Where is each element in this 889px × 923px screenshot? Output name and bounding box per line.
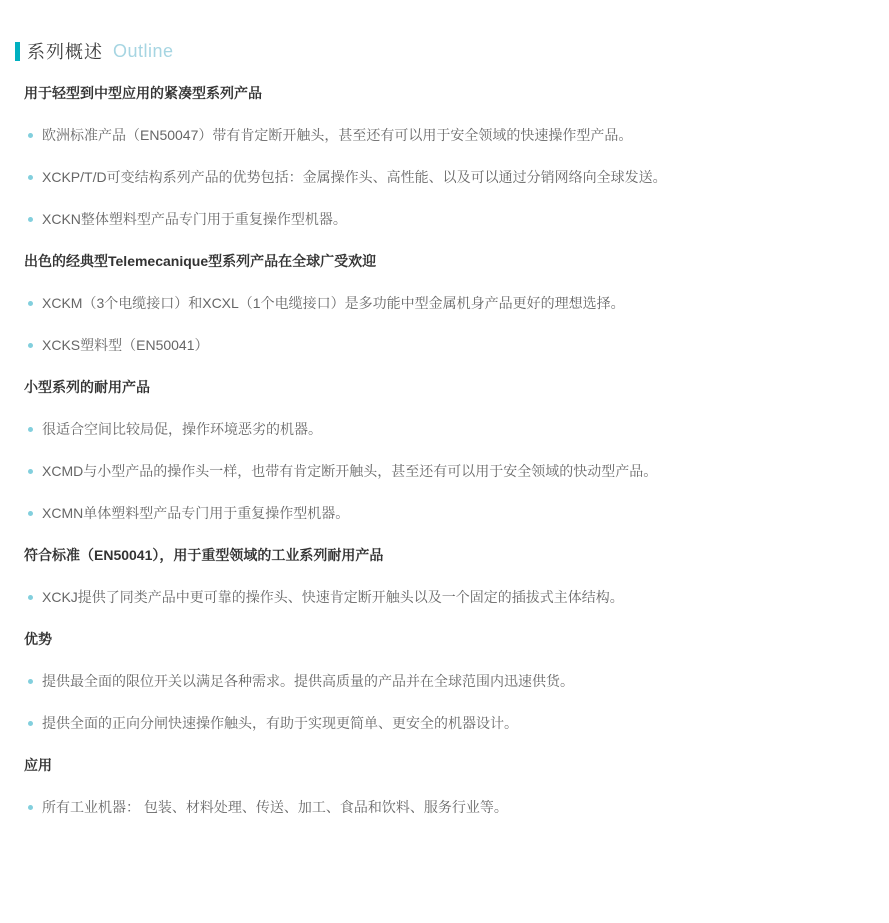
- bullet-dot-icon: [28, 133, 33, 138]
- bullet-text: XCKN整体塑料型产品专门用于重复操作型机器。: [42, 210, 347, 228]
- section-compact-range: 用于轻型到中型应用的紧凑型系列产品 欧洲标准产品（EN50047）带有肯定断开触…: [24, 84, 865, 228]
- bullet-dot-icon: [28, 805, 33, 810]
- list-item: 欧洲标准产品（EN50047）带有肯定断开触头，甚至还有可以用于安全领域的快速操…: [24, 126, 865, 144]
- bullet-dot-icon: [28, 301, 33, 306]
- bullet-dot-icon: [28, 343, 33, 348]
- section-miniature-range: 小型系列的耐用产品 很适合空间比较局促，操作环境恶劣的机器。 XCMD与小型产品…: [24, 378, 865, 522]
- page-title-en: Outline: [113, 41, 174, 62]
- outline-page: 系列概述 Outline 用于轻型到中型应用的紧凑型系列产品 欧洲标准产品（EN…: [0, 0, 889, 816]
- bullet-dot-icon: [28, 217, 33, 222]
- list-item: 提供最全面的限位开关以满足各种需求。提供高质量的产品并在全球范围内迅速供货。: [24, 672, 865, 690]
- header-accent-bar-icon: [15, 42, 20, 61]
- section-heading: 用于轻型到中型应用的紧凑型系列产品: [24, 84, 865, 102]
- section-advantages: 优势 提供最全面的限位开关以满足各种需求。提供高质量的产品并在全球范围内迅速供货…: [24, 630, 865, 732]
- bullet-text: 提供全面的正向分闸快速操作触头，有助于实现更简单、更安全的机器设计。: [42, 714, 518, 732]
- bullet-list: 所有工业机器： 包装、材料处理、传送、加工、食品和饮料、服务行业等。: [24, 798, 865, 816]
- section-heading: 出色的经典型Telemecanique型系列产品在全球广受欢迎: [24, 252, 865, 270]
- bullet-dot-icon: [28, 595, 33, 600]
- bullet-text: XCKJ提供了同类产品中更可靠的操作头、快速肯定断开触头以及一个固定的插拔式主体…: [42, 588, 624, 606]
- bullet-text: XCMN单体塑料型产品专门用于重复操作型机器。: [42, 504, 349, 522]
- page-header: 系列概述 Outline: [24, 41, 865, 61]
- list-item: XCKP/T/D可变结构系列产品的优势包括：金属操作头、高性能、以及可以通过分销…: [24, 168, 865, 186]
- bullet-list: XCKJ提供了同类产品中更可靠的操作头、快速肯定断开触头以及一个固定的插拔式主体…: [24, 588, 865, 606]
- list-item: XCKJ提供了同类产品中更可靠的操作头、快速肯定断开触头以及一个固定的插拔式主体…: [24, 588, 865, 606]
- list-item: XCKN整体塑料型产品专门用于重复操作型机器。: [24, 210, 865, 228]
- bullet-text: XCMD与小型产品的操作头一样，也带有肯定断开触头，甚至还有可以用于安全领域的快…: [42, 462, 657, 480]
- section-heavy-duty-range: 符合标准（EN50041），用于重型领域的工业系列耐用产品 XCKJ提供了同类产…: [24, 546, 865, 606]
- bullet-text: 所有工业机器： 包装、材料处理、传送、加工、食品和饮料、服务行业等。: [42, 798, 508, 816]
- bullet-dot-icon: [28, 511, 33, 516]
- list-item: 所有工业机器： 包装、材料处理、传送、加工、食品和饮料、服务行业等。: [24, 798, 865, 816]
- list-item: XCKM（3个电缆接口）和XCXL（1个电缆接口）是多功能中型金属机身产品更好的…: [24, 294, 865, 312]
- bullet-dot-icon: [28, 175, 33, 180]
- list-item: XCMD与小型产品的操作头一样，也带有肯定断开触头，甚至还有可以用于安全领域的快…: [24, 462, 865, 480]
- bullet-list: 很适合空间比较局促，操作环境恶劣的机器。 XCMD与小型产品的操作头一样，也带有…: [24, 420, 865, 522]
- list-item: 很适合空间比较局促，操作环境恶劣的机器。: [24, 420, 865, 438]
- bullet-dot-icon: [28, 469, 33, 474]
- outline-content: 用于轻型到中型应用的紧凑型系列产品 欧洲标准产品（EN50047）带有肯定断开触…: [24, 84, 865, 816]
- list-item: 提供全面的正向分闸快速操作触头，有助于实现更简单、更安全的机器设计。: [24, 714, 865, 732]
- bullet-dot-icon: [28, 427, 33, 432]
- section-heading: 小型系列的耐用产品: [24, 378, 865, 396]
- list-item: XCKS塑料型（EN50041）: [24, 336, 865, 354]
- bullet-dot-icon: [28, 679, 33, 684]
- bullet-list: XCKM（3个电缆接口）和XCXL（1个电缆接口）是多功能中型金属机身产品更好的…: [24, 294, 865, 354]
- bullet-text: XCKS塑料型（EN50041）: [42, 336, 209, 354]
- bullet-text: 欧洲标准产品（EN50047）带有肯定断开触头，甚至还有可以用于安全领域的快速操…: [42, 126, 632, 144]
- bullet-text: XCKM（3个电缆接口）和XCXL（1个电缆接口）是多功能中型金属机身产品更好的…: [42, 294, 625, 312]
- section-classic-range: 出色的经典型Telemecanique型系列产品在全球广受欢迎 XCKM（3个电…: [24, 252, 865, 354]
- list-item: XCMN单体塑料型产品专门用于重复操作型机器。: [24, 504, 865, 522]
- section-heading: 应用: [24, 756, 865, 774]
- bullet-list: 欧洲标准产品（EN50047）带有肯定断开触头，甚至还有可以用于安全领域的快速操…: [24, 126, 865, 228]
- bullet-text: 很适合空间比较局促，操作环境恶劣的机器。: [42, 420, 322, 438]
- section-applications: 应用 所有工业机器： 包装、材料处理、传送、加工、食品和饮料、服务行业等。: [24, 756, 865, 816]
- bullet-list: 提供最全面的限位开关以满足各种需求。提供高质量的产品并在全球范围内迅速供货。 提…: [24, 672, 865, 732]
- bullet-dot-icon: [28, 721, 33, 726]
- section-heading: 优势: [24, 630, 865, 648]
- bullet-text: XCKP/T/D可变结构系列产品的优势包括：金属操作头、高性能、以及可以通过分销…: [42, 168, 667, 186]
- bullet-text: 提供最全面的限位开关以满足各种需求。提供高质量的产品并在全球范围内迅速供货。: [42, 672, 574, 690]
- page-title: 系列概述: [27, 38, 103, 64]
- section-heading: 符合标准（EN50041），用于重型领域的工业系列耐用产品: [24, 546, 865, 564]
